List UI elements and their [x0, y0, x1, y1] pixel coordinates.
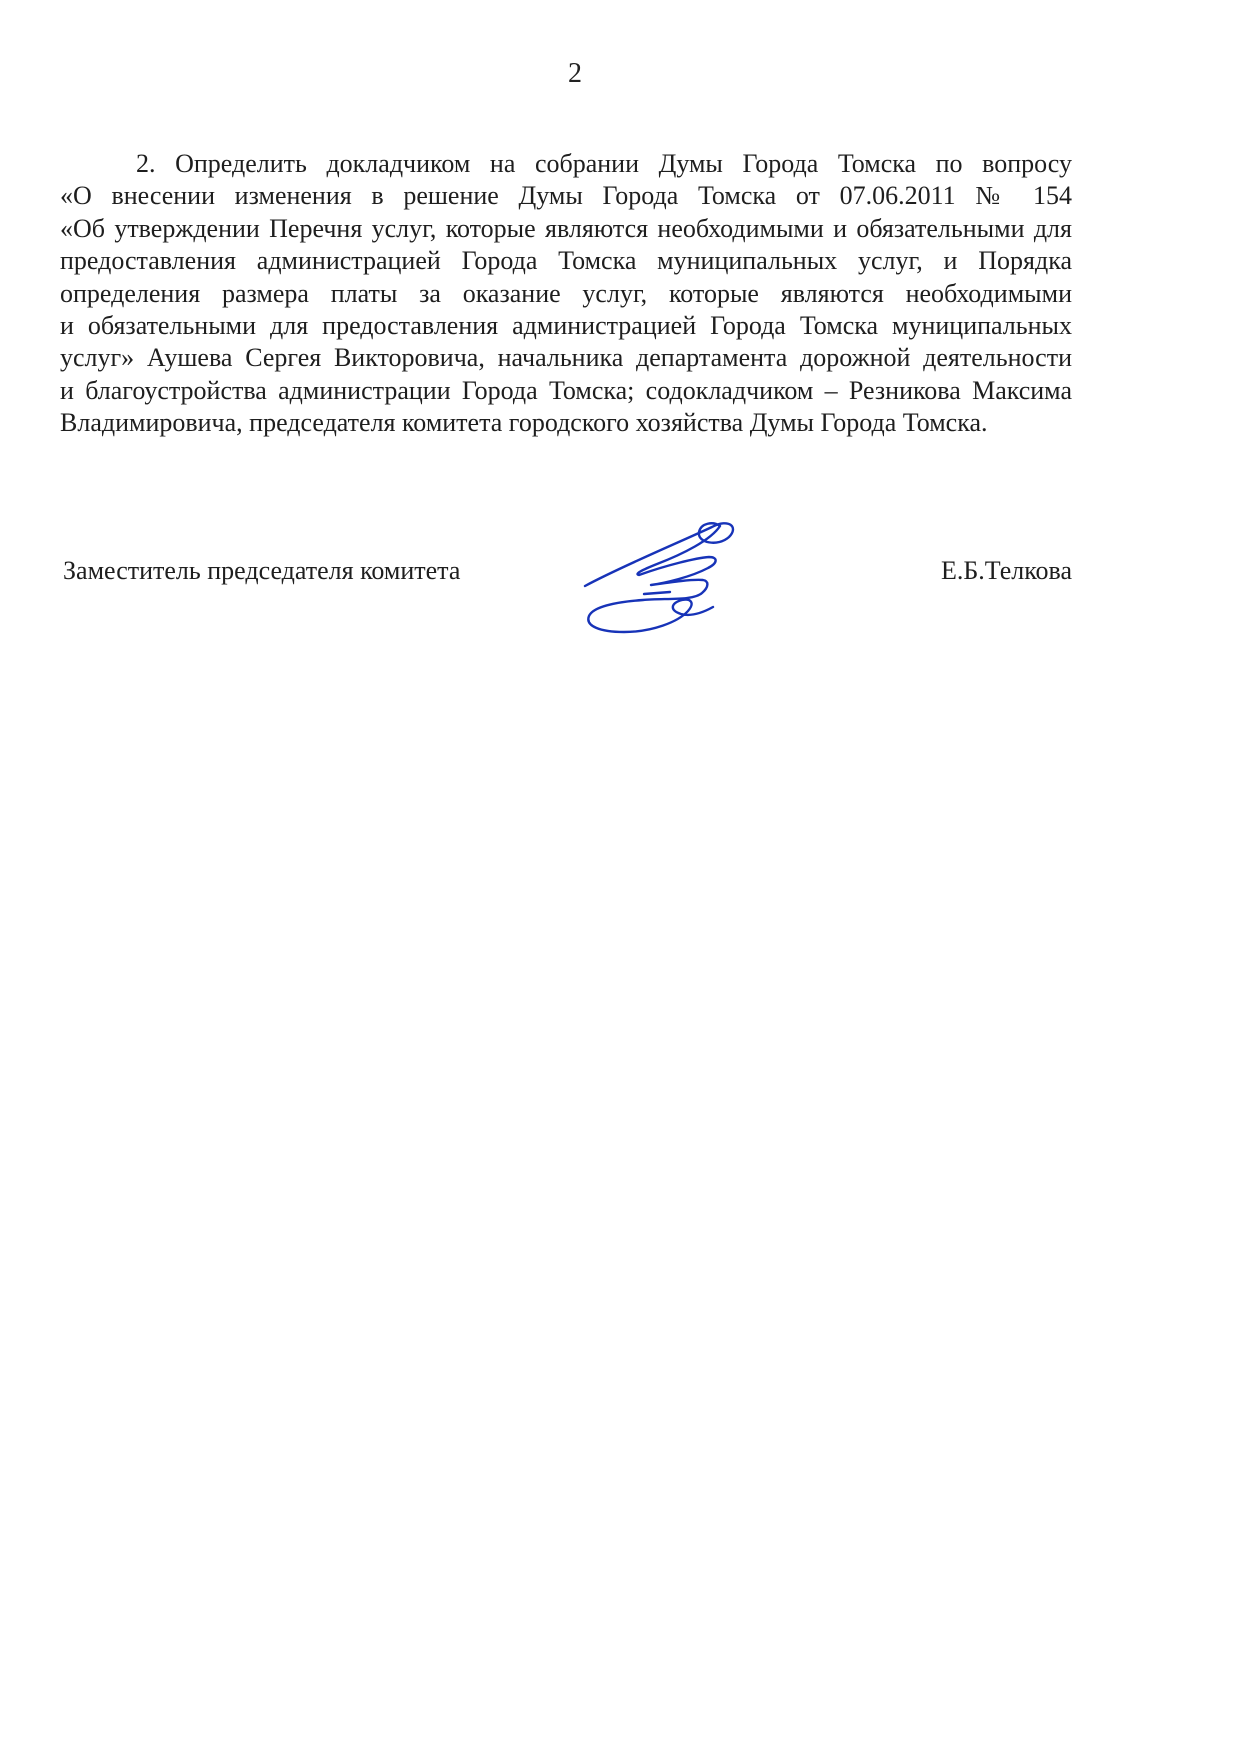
page-number: 2	[0, 58, 1150, 90]
paragraph-line: услуг» Аушева Сергея Викторовича, началь…	[60, 342, 1072, 374]
document-page: 2 2. Определить докладчиком на собрании …	[0, 0, 1240, 1753]
signer-name: Е.Б.Телкова	[941, 556, 1072, 586]
signature-ink	[545, 495, 740, 645]
paragraph-line: и благоустройства администрации Города Т…	[60, 375, 1072, 407]
signature-stroke	[585, 523, 733, 632]
paragraph-line: определения размера платы за оказание ус…	[60, 278, 1072, 310]
paragraph-line: 2. Определить докладчиком на собрании Ду…	[60, 148, 1072, 180]
paragraph-line: «Об утверждении Перечня услуг, которые я…	[60, 213, 1072, 245]
main-paragraph: 2. Определить докладчиком на собрании Ду…	[60, 148, 1072, 440]
paragraph-line: предоставления администрацией Города Том…	[60, 245, 1072, 277]
paragraph-line: и обязательными для предоставления админ…	[60, 310, 1072, 342]
paragraph-line: «О внесении изменения в решение Думы Гор…	[60, 180, 1072, 212]
paragraph-line: Владимировича, председателя комитета гор…	[60, 407, 1072, 439]
signature-dash-stroke	[644, 592, 670, 594]
signer-title: Заместитель председателя комитета	[63, 556, 460, 586]
